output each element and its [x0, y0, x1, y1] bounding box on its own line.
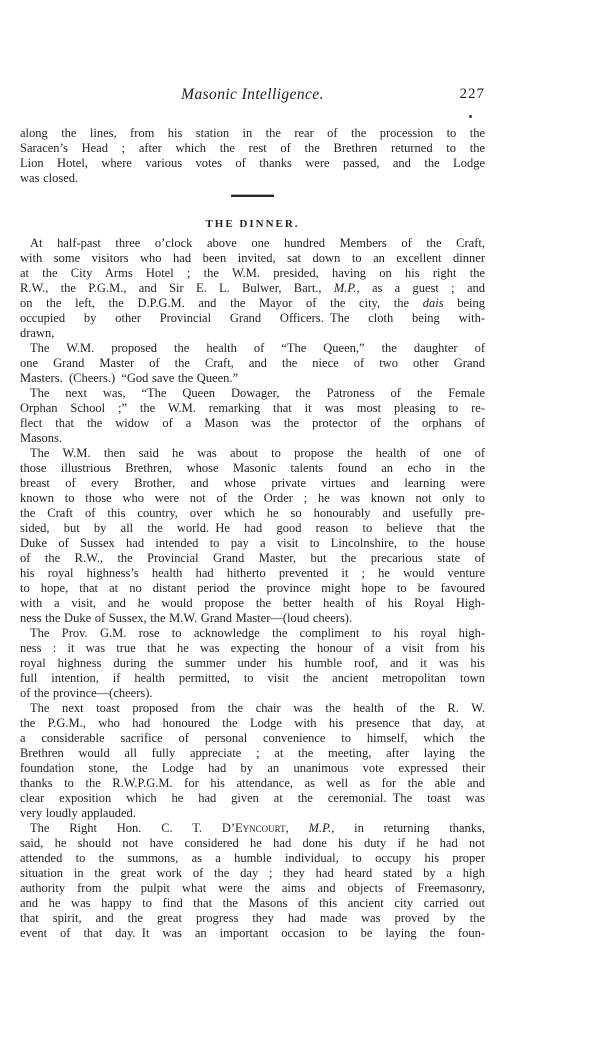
text-line: sided, but by all the world. He had good…	[20, 521, 485, 536]
text-line: along the lines, from his station in the…	[20, 126, 485, 141]
text-line: Masters. (Cheers.) “God save the Queen.”	[20, 371, 485, 386]
text-line: at the City Arms Hotel ; the W.M. presid…	[20, 266, 485, 281]
text-line: flect that the widow of a Mason was the …	[20, 416, 485, 431]
running-title: Masonic Intelligence.	[20, 86, 485, 104]
paragraph: At half-past three o’clock above one hun…	[20, 236, 485, 341]
text-line: those illustrious Brethren, whose Masoni…	[20, 461, 485, 476]
text-line: full intention, if health permitted, to …	[20, 671, 485, 686]
text-line: The next toast proposed from the chair w…	[20, 701, 485, 716]
ink-speck	[469, 115, 472, 118]
italic-text: dais	[423, 296, 444, 310]
text-line: breast of every Brother, and whose priva…	[20, 476, 485, 491]
text-line: ness the Duke of Sussex, the M.W. Grand …	[20, 611, 485, 626]
italic-text: M.P.	[309, 821, 332, 835]
text-line: said, he should not have considered he h…	[20, 836, 485, 851]
text-line: Brethren would all fully appreciate ; at…	[20, 746, 485, 761]
text-line: the Craft of this country, over which he…	[20, 506, 485, 521]
text-line: drawn,	[20, 326, 485, 341]
text-line: on the left, the D.P.G.M. and the Mayor …	[20, 296, 485, 311]
text-line: attended to the summons, as a humble ind…	[20, 851, 485, 866]
page-number: 227	[460, 86, 486, 103]
paragraph: The W.M. then said he was about to propo…	[20, 446, 485, 626]
text-line: a considerable sacrifice of personal con…	[20, 731, 485, 746]
text-line: At half-past three o’clock above one hun…	[20, 236, 485, 251]
text-line: The next was, “The Queen Dowager, the Pa…	[20, 386, 485, 401]
text-line: The W.M. then said he was about to propo…	[20, 446, 485, 461]
page-header: Masonic Intelligence. 227	[20, 86, 485, 106]
paragraph: The next toast proposed from the chair w…	[20, 701, 485, 821]
paragraph: The W.M. proposed the health of “The Que…	[20, 341, 485, 386]
section-divider-rule	[231, 195, 274, 197]
text-line: Lion Hotel, where various votes of thank…	[20, 156, 485, 171]
text-line: R.W., the P.G.M., and Sir E. L. Bulwer, …	[20, 281, 485, 296]
text-line: of the province—(cheers).	[20, 686, 485, 701]
text-line: to hope, that at no distant period the p…	[20, 581, 485, 596]
text-line: thanks to the R.W.P.G.M. for his attenda…	[20, 776, 485, 791]
paragraph: along the lines, from his station in the…	[20, 126, 485, 186]
text-line: Masons.	[20, 431, 485, 446]
paragraph: The next was, “The Queen Dowager, the Pa…	[20, 386, 485, 446]
text-line: The Right Hon. C. T. D’Eyncourt, M.P., i…	[20, 821, 485, 836]
text-line: and he was happy to find that the Masons…	[20, 896, 485, 911]
text-line: Orphan School ;” the W.M. remarking that…	[20, 401, 485, 416]
text-line: his royal highness’s health had hitherto…	[20, 566, 485, 581]
text-line: of the R.W., the Provincial Grand Master…	[20, 551, 485, 566]
text-line: The Prov. G.M. rose to acknowledge the c…	[20, 626, 485, 641]
text-line: was closed.	[20, 171, 485, 186]
text-line: foundation stone, the Lodge had by an un…	[20, 761, 485, 776]
text-line: known to those who were not of the Order…	[20, 491, 485, 506]
small-caps-text: Eyncourt	[235, 821, 286, 835]
italic-text: M.P.	[334, 281, 357, 295]
paragraph: The Prov. G.M. rose to acknowledge the c…	[20, 626, 485, 701]
continuation-paragraph: along the lines, from his station in the…	[20, 126, 485, 186]
text-line: royal highness during the summer under h…	[20, 656, 485, 671]
text-line: authority from the pulpit what were the …	[20, 881, 485, 896]
text-line: that spirit, and the great progress they…	[20, 911, 485, 926]
text-line: event of that day. It was an important o…	[20, 926, 485, 941]
text-line: ness : it was true that he was expecting…	[20, 641, 485, 656]
paragraphs: At half-past three o’clock above one hun…	[20, 236, 485, 941]
body-text: along the lines, from his station in the…	[20, 126, 485, 941]
text-line: with a visit, and he would propose the b…	[20, 596, 485, 611]
text-line: the P.G.M., who had honoured the Lodge w…	[20, 716, 485, 731]
text-column: Masonic Intelligence. 227 along the line…	[20, 86, 485, 941]
paragraph: The Right Hon. C. T. D’Eyncourt, M.P., i…	[20, 821, 485, 941]
document-page: Masonic Intelligence. 227 along the line…	[0, 0, 593, 1037]
text-line: with some visitors who had been invited,…	[20, 251, 485, 266]
section-heading: THE DINNER.	[20, 217, 485, 232]
text-line: situation in the great work of the day ;…	[20, 866, 485, 881]
text-line: very loudly applauded.	[20, 806, 485, 821]
text-line: Saracen’s Head ; after which the rest of…	[20, 141, 485, 156]
text-line: Duke of Sussex had intended to pay a vis…	[20, 536, 485, 551]
text-line: occupied by other Provincial Grand Offic…	[20, 311, 485, 326]
text-line: one Grand Master of the Craft, and the n…	[20, 356, 485, 371]
text-line: The W.M. proposed the health of “The Que…	[20, 341, 485, 356]
text-line: clear exposition which he had given at t…	[20, 791, 485, 806]
